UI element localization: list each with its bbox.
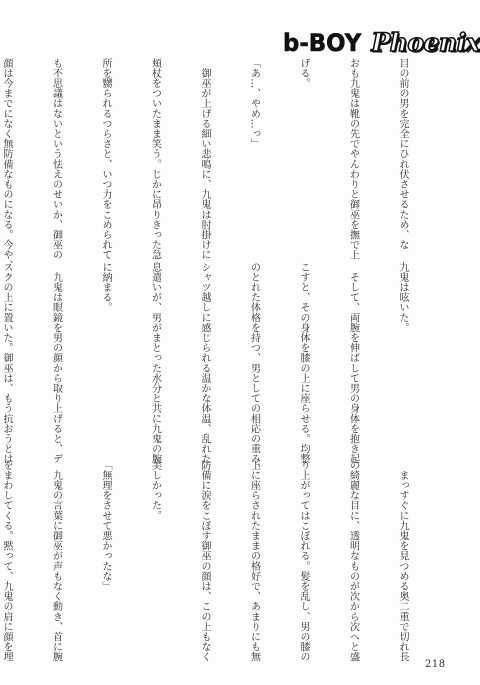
logo-phoenix-text: Phoenix: [371, 31, 480, 55]
text-band-top: 目の前の男を完全にひれ伏させるため、な おも九鬼は靴の先でやんわりと御巫を撫で上…: [13, 58, 443, 253]
text-line: 上に座らされたままの格好で、あまりにも無: [245, 460, 262, 650]
text-line: をまわしてくる。黙って、九鬼の肩に顔を埋: [0, 460, 14, 650]
text-band-bottom: まっすぐに九鬼を見つめる奥二重で切れ長 の綺麗な目に、透明なものが次から次へと盛…: [13, 460, 443, 650]
logo-bboy-text: b-BOY: [283, 31, 361, 55]
page-number: 218: [425, 659, 446, 670]
text-line: り上がってはこぼれる。髪を乱し、男の膝の: [295, 460, 312, 650]
text-line: スクの上に置いた。御巫は、もう抗おうとは: [0, 262, 14, 452]
text-line: こすと、その身体を膝の上に座らせる。均整: [295, 262, 312, 452]
text-line: 御巫が上げる細い悲鳴に、九鬼は肘掛けに: [196, 58, 213, 253]
text-line: まっすぐに九鬼を見つめる奥二重で切れ長: [394, 460, 411, 650]
text-line: に納まる。: [97, 262, 114, 452]
text-line: 顔は今までになく無防備なものになる。今や、: [0, 58, 14, 253]
text-line: 防備に涙をこぼす御巫の顔は、この上もなく: [196, 460, 213, 650]
text-line: 「無理をさせて悪かったな」: [97, 460, 114, 650]
text-line: 九鬼は眼鏡を男の顔から取り上げると、デ: [47, 262, 64, 452]
text-line: 九鬼は呟いた。: [394, 262, 411, 452]
text-line: 美しかった。: [146, 460, 163, 650]
text-line: げる。: [295, 58, 312, 253]
text-line: 九鬼の言葉に御巫が声もなく動き、首に腕: [47, 460, 64, 650]
text-line: も不思議はないという怯えのせいか、御巫の: [47, 58, 64, 253]
text-line: 頬杖をついたまま笑う。じかに昂りきった急: [146, 58, 163, 253]
text-line: 目の前の男を完全にひれ伏させるため、な: [394, 58, 411, 253]
text-line: 息遣いが、男がまとった水分と共に九鬼の腕: [146, 262, 163, 452]
text-line: のとれた体格を持つ、男としての相応の重み、: [245, 262, 262, 452]
book-page: b-BOY Phoenix 目の前の男を完全にひれ伏させるため、な おも九鬼は靴…: [0, 0, 480, 685]
text-band-middle: 九鬼は呟いた。 そして、両腕を伸ばして男の身体を抱き起 こすと、その身体を膝の上…: [13, 262, 443, 452]
magazine-logo: b-BOY Phoenix: [283, 27, 480, 55]
text-line: おも九鬼は靴の先でやんわりと御巫を撫で上: [344, 58, 361, 253]
text-line: シャツ越しに感じられる温かな体温、乱れた: [196, 262, 213, 452]
text-line: 所を嬲られるつらさと、いつ力をこめられて: [97, 58, 114, 253]
text-line: 「あ…、やめ…っ」: [245, 58, 262, 253]
text-line: の綺麗な目に、透明なものが次から次へと盛: [344, 460, 361, 650]
text-line: そして、両腕を伸ばして男の身体を抱き起: [344, 262, 361, 452]
